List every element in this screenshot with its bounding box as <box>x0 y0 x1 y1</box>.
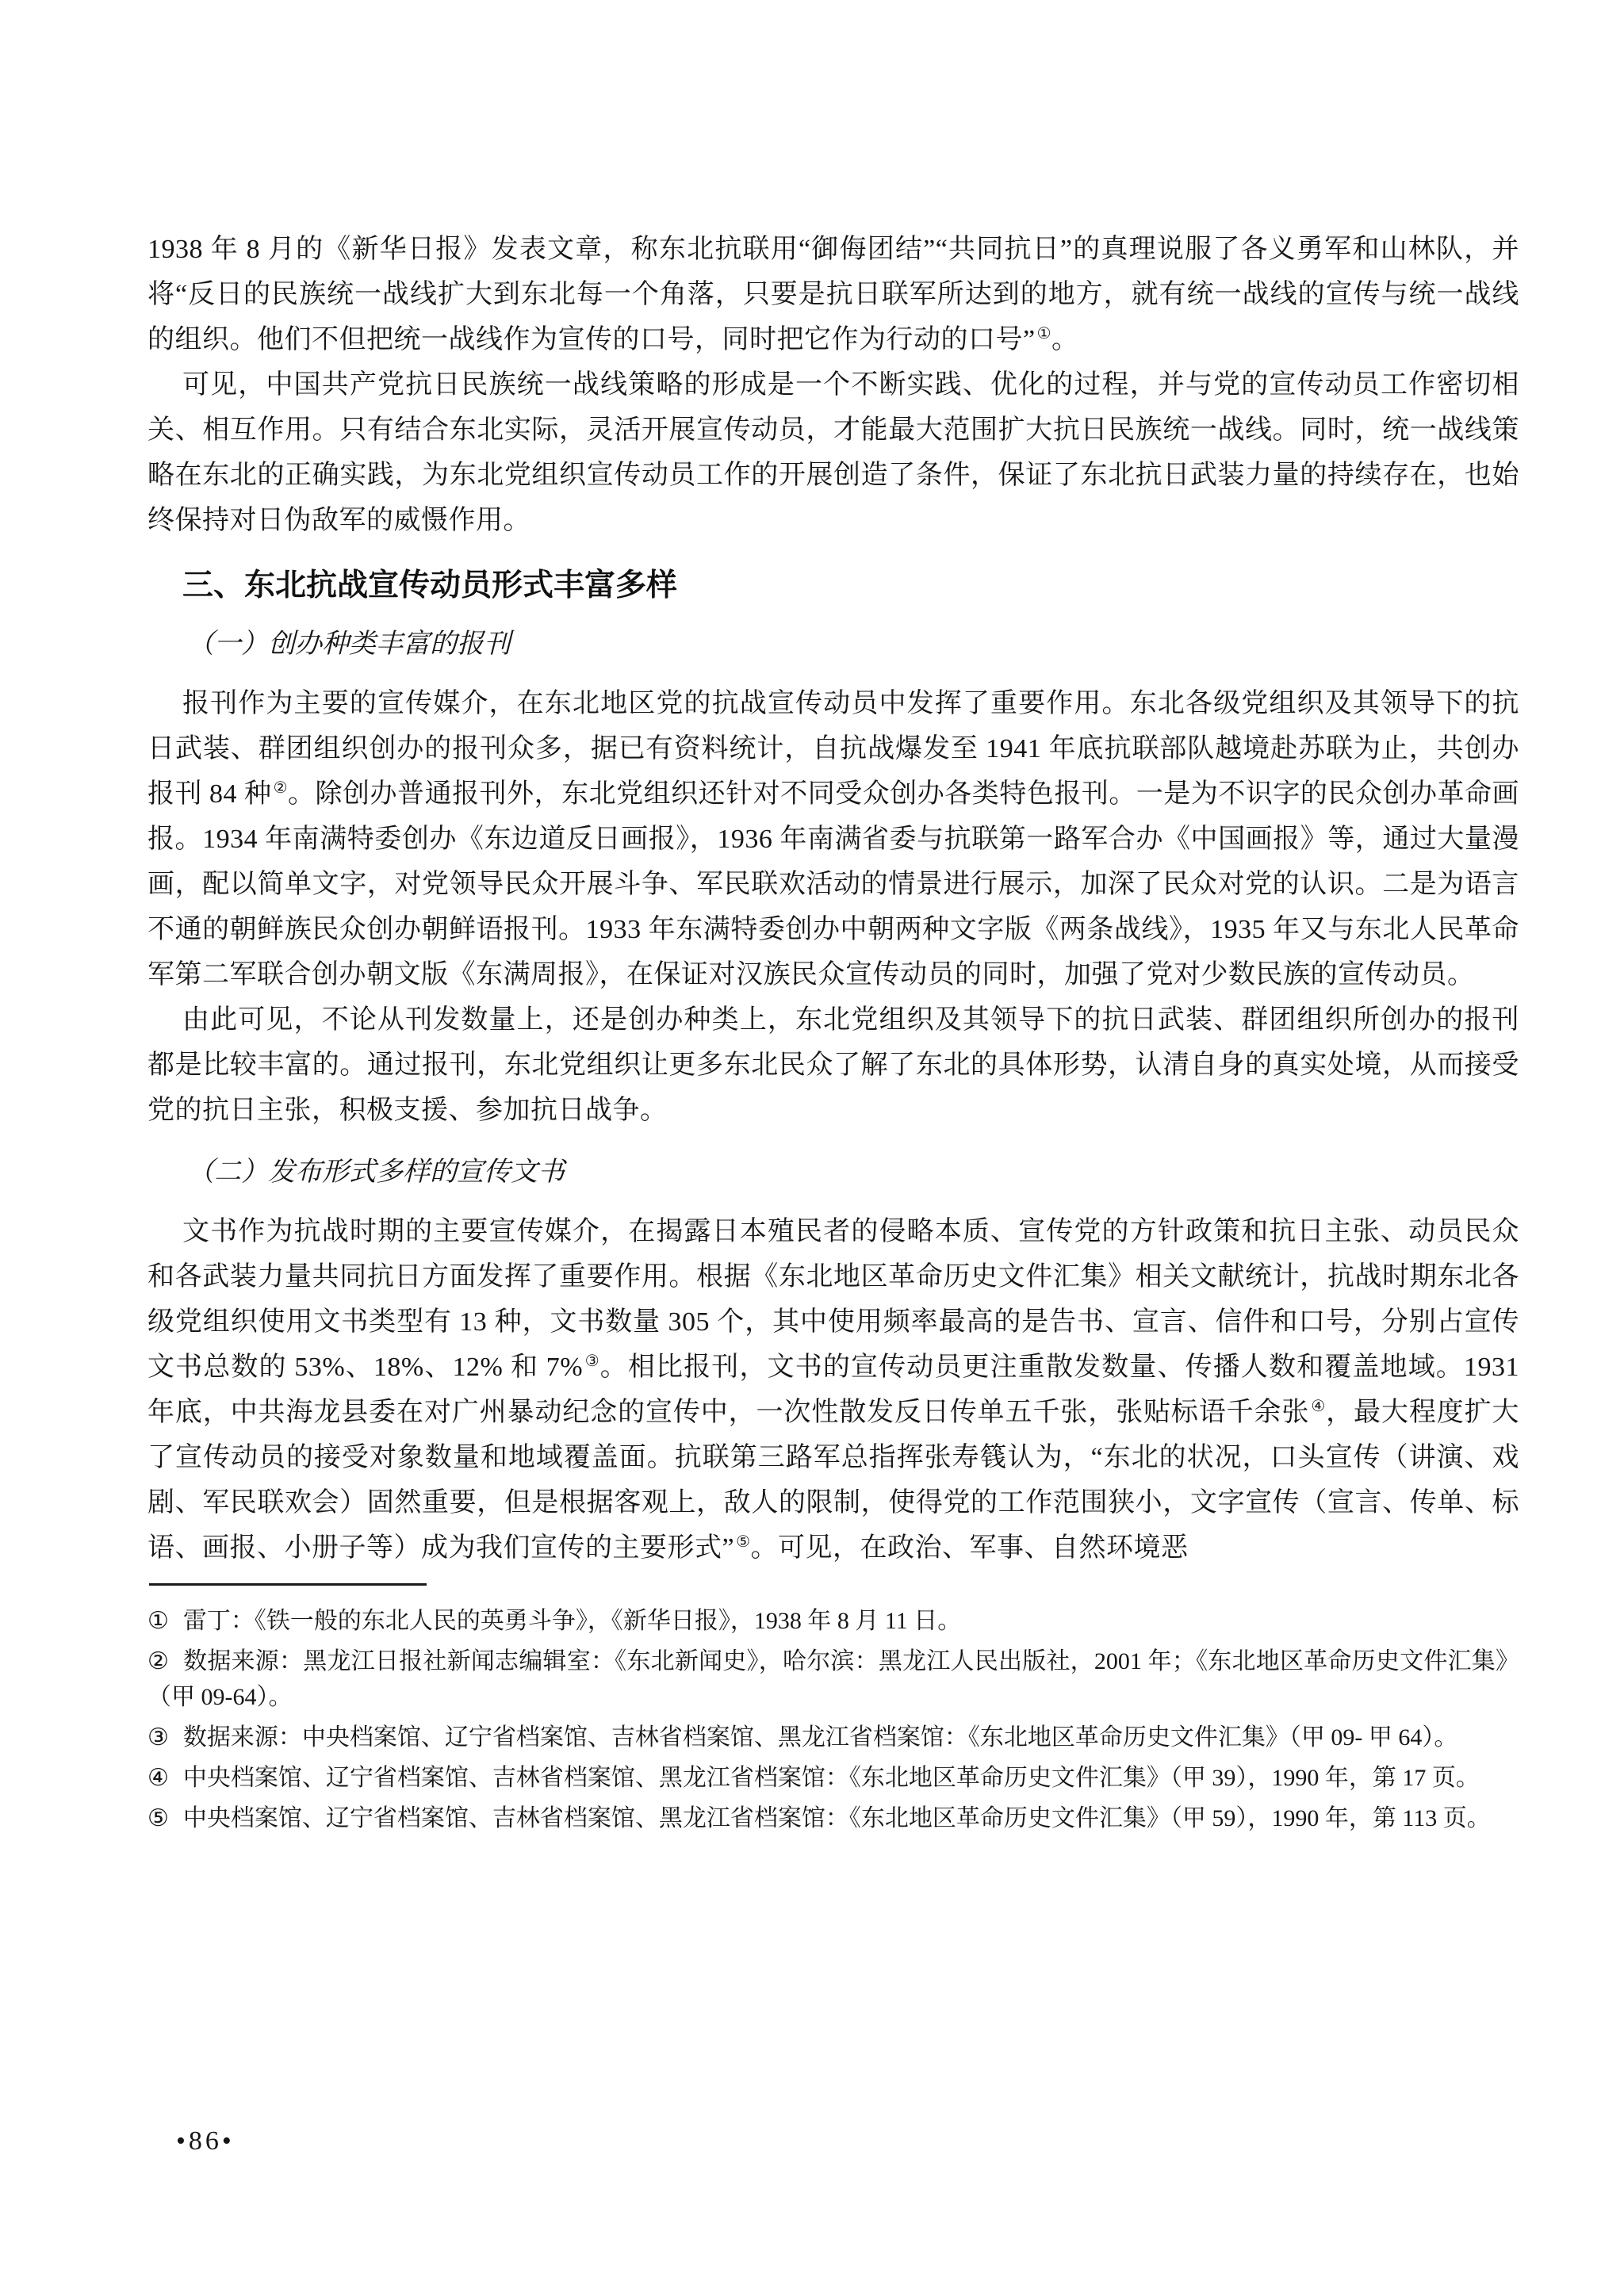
footnote-ref: ② <box>274 779 288 797</box>
body-paragraph: 文书作为抗战时期的主要宣传媒介，在揭露日本殖民者的侵略本质、宣传党的方针政策和抗… <box>147 1209 1519 1571</box>
footnote-ref: ① <box>1037 325 1051 342</box>
footnote-marker: ② <box>147 1648 169 1674</box>
footnote-marker: ① <box>147 1608 169 1634</box>
footnote-ref: ③ <box>584 1353 600 1370</box>
footnote-item: ⑤中央档案馆、辽宁省档案馆、吉林省档案馆、黑龙江省档案馆：《东北地区革命历史文件… <box>147 1800 1519 1836</box>
page-number: •86• <box>176 2126 235 2156</box>
article-body: 1938 年 8 月的《新华日报》发表文章，称东北抗联用“御侮团结”“共同抗日”… <box>147 227 1519 1571</box>
document-page: 1938 年 8 月的《新华日报》发表文章，称东北抗联用“御侮团结”“共同抗日”… <box>0 0 1624 2296</box>
footnote-separator <box>149 1583 427 1586</box>
footnote-marker: ⑤ <box>147 1805 169 1831</box>
footnote-item: ①雷丁：《铁一般的东北人民的英勇斗争》，《新华日报》，1938 年 8 月 11… <box>147 1603 1519 1639</box>
footnote-list: ①雷丁：《铁一般的东北人民的英勇斗争》，《新华日报》，1938 年 8 月 11… <box>147 1603 1519 1836</box>
subsection-heading: （二）发布形式多样的宣传文书 <box>187 1157 1519 1188</box>
footnote-item: ④中央档案馆、辽宁省档案馆、吉林省档案馆、黑龙江省档案馆：《东北地区革命历史文件… <box>147 1760 1519 1796</box>
body-paragraph: 报刊作为主要的宣传媒介，在东北地区党的抗战宣传动员中发挥了重要作用。东北各级党组… <box>147 681 1519 997</box>
body-paragraph: 由此可见，不论从刊发数量上，还是创办种类上，东北党组织及其领导下的抗日武装、群团… <box>147 997 1519 1133</box>
footnote-marker: ③ <box>147 1724 169 1751</box>
footnote-ref: ④ <box>1311 1398 1326 1415</box>
footnote-item: ③数据来源：中央档案馆、辽宁省档案馆、吉林省档案馆、黑龙江省档案馆：《东北地区革… <box>147 1720 1519 1755</box>
footnote-marker: ④ <box>147 1765 169 1791</box>
footnote-item: ②数据来源：黑龙江日报社新闻志编辑室：《东北新闻史》，哈尔滨：黑龙江人民出版社，… <box>147 1644 1519 1715</box>
body-paragraph: 1938 年 8 月的《新华日报》发表文章，称东北抗联用“御侮团结”“共同抗日”… <box>147 227 1519 362</box>
body-paragraph: 可见，中国共产党抗日民族统一战线策略的形成是一个不断实践、优化的过程，并与党的宣… <box>147 362 1519 543</box>
section-heading: 三、东北抗战宣传动员形式丰富多样 <box>182 567 1519 605</box>
subsection-heading: （一）创办种类丰富的报刊 <box>187 629 1519 660</box>
footnote-ref: ⑤ <box>736 1533 750 1551</box>
